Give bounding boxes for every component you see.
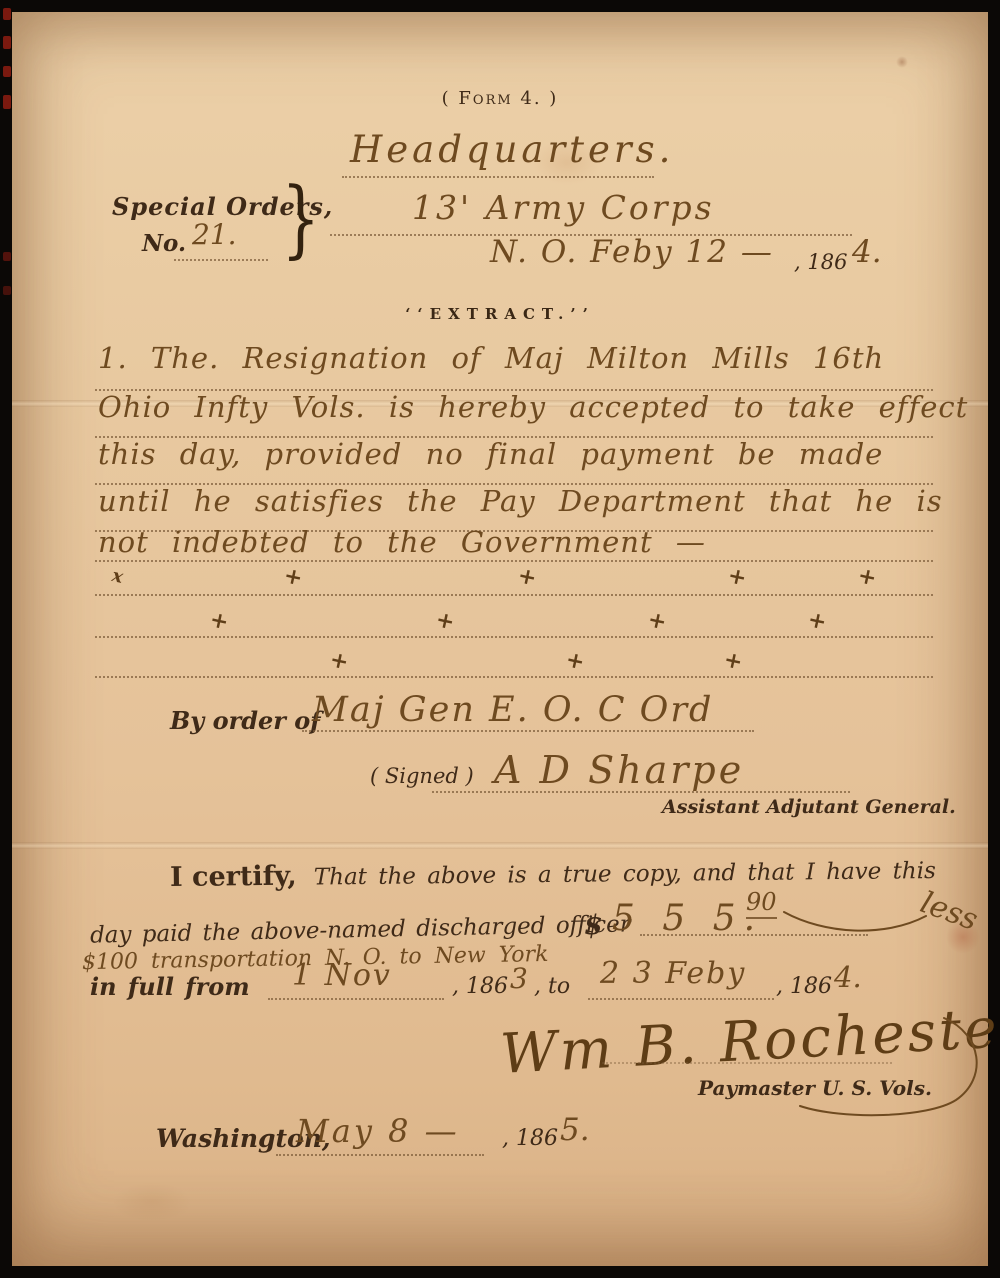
dollar-sign: $ [584,910,603,941]
ruled-line [95,636,933,638]
ruled-line [95,560,933,562]
red-edge-mark [3,286,11,295]
pen-cross-mark: + [564,648,587,673]
by-order-label: By order of [170,706,321,735]
fill-in-line [276,1154,484,1156]
pen-cross-mark: + [722,648,745,673]
fill-in-line [432,791,850,793]
fill-in-line [302,730,754,732]
ruled-line [95,594,933,596]
amount-value: 5 5 5. [612,898,763,939]
curly-brace: } [281,176,319,260]
form-number-label: ( Form 4. ) [12,88,988,109]
body-line: 1. The. Resignation of Maj Milton Mills … [98,344,884,373]
adjutant-general-title: Assistant Adjutant General. [662,796,956,818]
printed-year1-prefix: , 186 [452,974,508,999]
pen-cross-mark: + [856,564,879,589]
headquarters-line: Headquarters. [350,128,674,171]
body-line: Ohio Infty Vols. is hereby accepted to t… [98,393,968,422]
fill-in-line [174,259,268,261]
body-line: this day, provided no final payment be m… [98,440,883,469]
pen-flourish [784,906,934,946]
scanned-document-photo: ( Form 4. ) Special Orders, No. 21. } He… [0,0,1000,1278]
to-date: 2 3 Feby [600,956,746,991]
pen-cross-mark: + [806,608,829,633]
pen-cross-mark: + [434,608,457,633]
paper-stain [896,56,908,68]
in-full-from-label: in full from [90,972,250,1001]
year2-digit: 4. [834,960,862,994]
signed-name: A D Sharpe [494,748,744,792]
paid-officer-line: day paid the above-named discharged offi… [90,911,631,948]
red-edge-mark [3,66,11,77]
pen-cross-mark: + [646,608,669,633]
certify-line: I certify, That the above is a true copy… [170,854,936,893]
fill-in-line [342,176,654,178]
body-line: until he satisfies the Pay Department th… [98,487,943,516]
place-date-line: N. O. Feby 12 — [490,234,774,270]
certify-bold-text: I certify, [170,861,297,893]
by-order-name: Maj Gen E. O. C Ord [312,690,713,730]
order-number-value: 21. [192,218,237,251]
pen-cross-mark: + [282,564,305,589]
signed-label: ( Signed ) [370,764,474,788]
pen-cross-mark: x [110,567,124,587]
pen-cross-mark: + [726,564,749,589]
to-label: , to [534,974,570,999]
ruled-line [95,676,933,678]
pen-cross-mark: + [328,648,351,673]
printed-year2-prefix: , 186 [776,974,832,999]
order-number-label: No. [142,230,186,257]
paper-stain [112,1182,192,1222]
corps-line: 13' Army Corps [412,188,715,227]
pen-cross-mark: + [516,564,539,589]
body-line: not indebted to the Government — [98,528,706,557]
fold-crease [12,842,988,849]
signature-flourish [482,1000,990,1130]
document-page: ( Form 4. ) Special Orders, No. 21. } He… [12,12,988,1266]
paymaster-title: Paymaster U. S. Vols. [698,1076,932,1100]
from-date: 1 Nov [292,958,392,993]
footer-date: May 8 — [296,1112,460,1150]
fill-in-line [268,998,444,1000]
pen-cross-mark: + [208,608,231,633]
red-edge-mark [3,95,11,109]
year1-digit: 3 [510,962,528,995]
extract-heading: ‘‘EXTRACT.’’ [12,305,988,323]
red-edge-mark [3,252,11,261]
footer-year-prefix: , 186 [502,1126,558,1151]
red-edge-mark [3,8,11,20]
fill-in-line [602,1062,892,1064]
printed-year-prefix: , 186 [794,250,847,274]
red-edge-mark [3,36,11,49]
footer-year-digit: 5. [560,1112,590,1148]
amount-cents: 90 [746,888,777,919]
year-digit: 4. [852,234,882,270]
certify-rest-text: That the above is a true copy, and that … [314,858,936,891]
fill-in-line [640,934,868,936]
